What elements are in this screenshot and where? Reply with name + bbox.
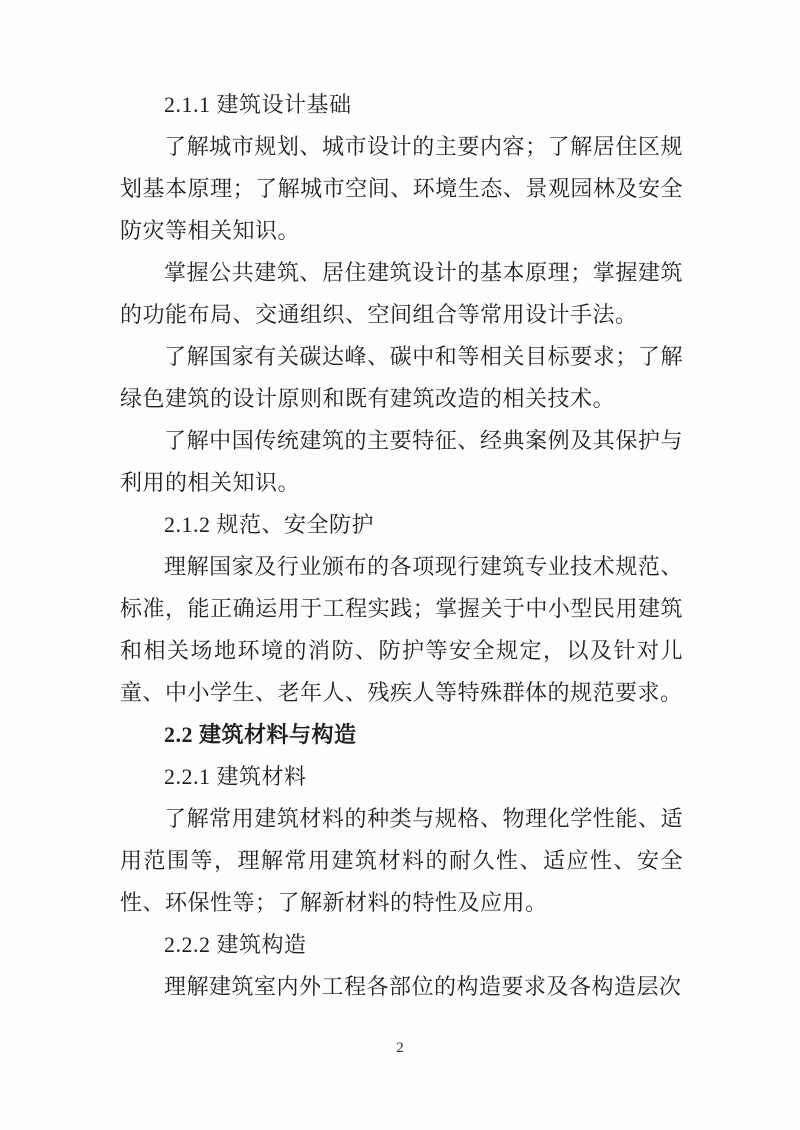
page-footer: 2 bbox=[0, 1038, 800, 1058]
paragraph-materials: 了解常用建筑材料的种类与规格、物理化学性能、适用范围等，理解常用建筑材料的耐久性… bbox=[120, 798, 683, 924]
paragraph-codes-safety: 理解国家及行业颁布的各项现行建筑专业技术规范、标准，能正确运用于工程实践；掌握关… bbox=[120, 546, 683, 714]
heading-2-2-2: 2.2.2 建筑构造 bbox=[120, 924, 683, 966]
paragraph-construction: 理解建筑室内外工程各部位的构造要求及各构造层次 bbox=[120, 966, 683, 1008]
heading-2-2: 2.2 建筑材料与构造 bbox=[120, 714, 683, 756]
paragraph-carbon-goals: 了解国家有关碳达峰、碳中和等相关目标要求；了解绿色建筑的设计原则和既有建筑改造的… bbox=[120, 336, 683, 420]
page-number: 2 bbox=[396, 1040, 404, 1056]
document-body: 2.1.1 建筑设计基础 了解城市规划、城市设计的主要内容；了解居住区规划基本原… bbox=[120, 84, 683, 1008]
heading-2-1-1: 2.1.1 建筑设计基础 bbox=[120, 84, 683, 126]
paragraph-public-building: 掌握公共建筑、居住建筑设计的基本原理；掌握建筑的功能布局、交通组织、空间组合等常… bbox=[120, 252, 683, 336]
paragraph-traditional: 了解中国传统建筑的主要特征、经典案例及其保护与利用的相关知识。 bbox=[120, 420, 683, 504]
heading-2-1-2: 2.1.2 规范、安全防护 bbox=[120, 504, 683, 546]
heading-2-2-1: 2.2.1 建筑材料 bbox=[120, 756, 683, 798]
document-page: 2.1.1 建筑设计基础 了解城市规划、城市设计的主要内容；了解居住区规划基本原… bbox=[0, 0, 800, 1130]
paragraph-urban-planning: 了解城市规划、城市设计的主要内容；了解居住区规划基本原理；了解城市空间、环境生态… bbox=[120, 126, 683, 252]
